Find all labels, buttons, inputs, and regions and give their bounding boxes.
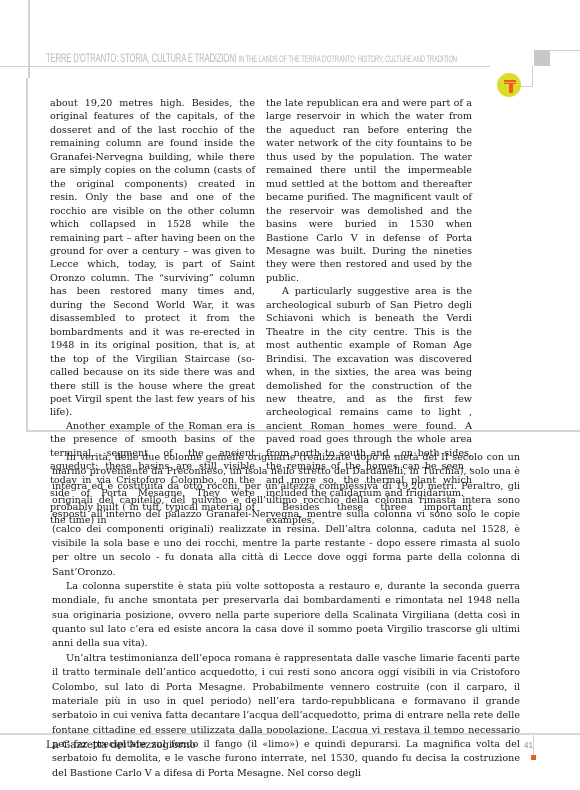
- italian-paragraph: La colonna superstite è stata più volte …: [52, 580, 520, 652]
- english-paragraph: the late republican era and were part of…: [266, 97, 472, 285]
- italian-paragraph: Un’altra testimonianza dell’epoca romana…: [52, 652, 520, 781]
- italian-body: In verità, delle due colonne gemelle ori…: [52, 451, 520, 781]
- page-number-rule: [533, 735, 534, 755]
- header-rule: [0, 66, 490, 67]
- header-right-rule: [550, 50, 580, 51]
- orange-square-icon: [531, 755, 536, 760]
- header-gray-block: [534, 50, 550, 66]
- page-number: 41: [524, 741, 533, 750]
- publication-name: La Gazzetta del Mezzogiorno: [46, 739, 196, 751]
- header-title-italian: TERRE D'OTRANTO: STORIA, CULTURA E TRADI…: [46, 51, 237, 65]
- footer-rule: [0, 733, 580, 735]
- italian-paragraph: In verità, delle due colonne gemelle ori…: [52, 451, 520, 580]
- running-header: TERRE D'OTRANTO: STORIA, CULTURA E TRADI…: [46, 50, 457, 66]
- english-paragraph: about 19,20 metres high. Besides, the or…: [50, 97, 255, 420]
- header-title-english: IN THE LANDS OF THE TERRA D'OTRANTO: HIS…: [239, 54, 457, 65]
